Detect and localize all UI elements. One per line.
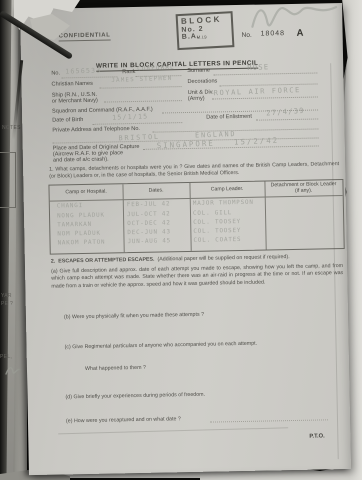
christian-names-value: JAMES STEPHEN <box>111 76 172 84</box>
leader-cell: COL. TOOSEY <box>193 228 241 235</box>
date-of-birth-value: 15/1/15 <box>112 112 148 121</box>
pow-questionnaire-page: CONFIDENTIAL BLOCK No. 2 B.A. M.I.9 No. … <box>20 3 351 475</box>
please-turn-over: P.T.O. <box>309 433 324 439</box>
question-2a-text: (a) Give full description and approx. da… <box>51 263 343 291</box>
fill-line <box>61 76 117 78</box>
pencil-scribble-margin <box>4 362 24 378</box>
camp-cell: NONG PLADUK <box>57 213 105 220</box>
camp-cell: NOM PLADUK <box>57 231 101 238</box>
column-header-detachment: Detachment or Block Leader (if any). <box>268 181 338 195</box>
question-2d-text: (d) Give briefly your experiences during… <box>65 389 335 402</box>
question-2-note: (Additional paper will be supplied on re… <box>157 254 289 263</box>
margin-partial-box <box>0 152 16 208</box>
date-of-enlistment-label: Date of Enlistment <box>206 114 252 121</box>
capture-label-line3: and date of a/c crash). <box>53 157 109 164</box>
margin-fragment-3: PEL, <box>0 354 12 360</box>
block-stamp: BLOCK No. 2 B.A. <box>176 11 235 50</box>
fill-line <box>100 86 182 89</box>
pencil-scribble-top-right <box>248 1 345 35</box>
christian-names-label: Christian Names <box>51 81 92 88</box>
service-number-label: No. <box>51 70 60 77</box>
pencil-smudge-line <box>58 427 288 434</box>
ship-label-line2: or Merchant Navy) <box>52 98 98 105</box>
margin-fragment-notes: NOTES <box>2 125 21 131</box>
fill-line <box>213 72 317 75</box>
question-2-title: ESCAPES OR ATTEMPTED ESCAPES. <box>58 257 154 265</box>
camps-table: Camp or Hospital. Dates. Camp Leader. De… <box>48 179 344 255</box>
date-of-enlistment-value: 27/4/39 <box>266 106 305 118</box>
unit-div-label-line2: (Army) <box>188 96 205 103</box>
dates-cell: FEB-JUL 42 <box>127 201 171 208</box>
camp-cell: NAKOM PATON <box>58 240 106 247</box>
confidential-marking: CONFIDENTIAL <box>59 32 111 41</box>
question-2c-text: (c) Give Regimental particulars of anyon… <box>65 339 335 352</box>
form-reference: M.I.9 <box>197 35 207 40</box>
question-2-number: 2. <box>51 259 56 265</box>
leader-cell: COL. COATES <box>193 237 241 244</box>
question-1-text: 1. What camps, detachments or hospitals … <box>49 161 339 181</box>
fill-line <box>220 83 318 86</box>
camp-cell: CHANGI <box>57 203 83 209</box>
surname-label: Surname <box>187 68 210 75</box>
dates-cell: JUL-OCT 42 <box>127 211 171 218</box>
question-2b-text: (b) Were you physically fit when you mad… <box>64 309 334 322</box>
vertical-crease <box>330 63 339 459</box>
service-number-value: 1656533 <box>65 66 101 75</box>
surname-value: ROSE <box>247 62 269 72</box>
fill-line <box>104 100 182 102</box>
rank-label: Rank <box>122 69 135 76</box>
camp-cell: TAMARKAN <box>57 222 92 229</box>
margin-fragment-1: YAR <box>1 293 12 299</box>
fill-line <box>256 118 318 120</box>
dates-cell: OCT-DEC 42 <box>127 220 171 227</box>
leader-cell: COL. TOOSEY <box>193 219 241 226</box>
column-header-dates: Dates. <box>123 187 190 195</box>
question-2c2-text: What happened to them ? <box>85 362 285 373</box>
column-header-leader: Camp Leader. <box>190 186 265 194</box>
table-divider <box>264 182 266 250</box>
date-of-birth-label: Date of Birth <box>52 117 83 124</box>
photographed-document: NOTES YAR PE ? PEL, CONFIDENTIAL BLOCK N… <box>0 0 362 480</box>
dates-cell: JUN-AUG 45 <box>127 238 171 245</box>
column-header-camp: Camp or Hospital. <box>50 188 123 196</box>
unit-div-value: ROYAL AIR FORCE <box>214 86 301 97</box>
fill-line <box>92 122 182 125</box>
margin-fragment-2: PE ? <box>1 301 13 307</box>
dates-cell: DEC-JUN 43 <box>127 229 171 236</box>
fill-line <box>212 96 318 99</box>
leader-cell: MAJOR THOMPSON <box>193 200 254 207</box>
private-address-label: Private Address and Telephone No. <box>52 126 140 134</box>
decorations-label: Decorations <box>187 78 217 85</box>
page-edge-sliver <box>6 0 18 480</box>
leader-cell: COL. GILL <box>193 210 232 217</box>
